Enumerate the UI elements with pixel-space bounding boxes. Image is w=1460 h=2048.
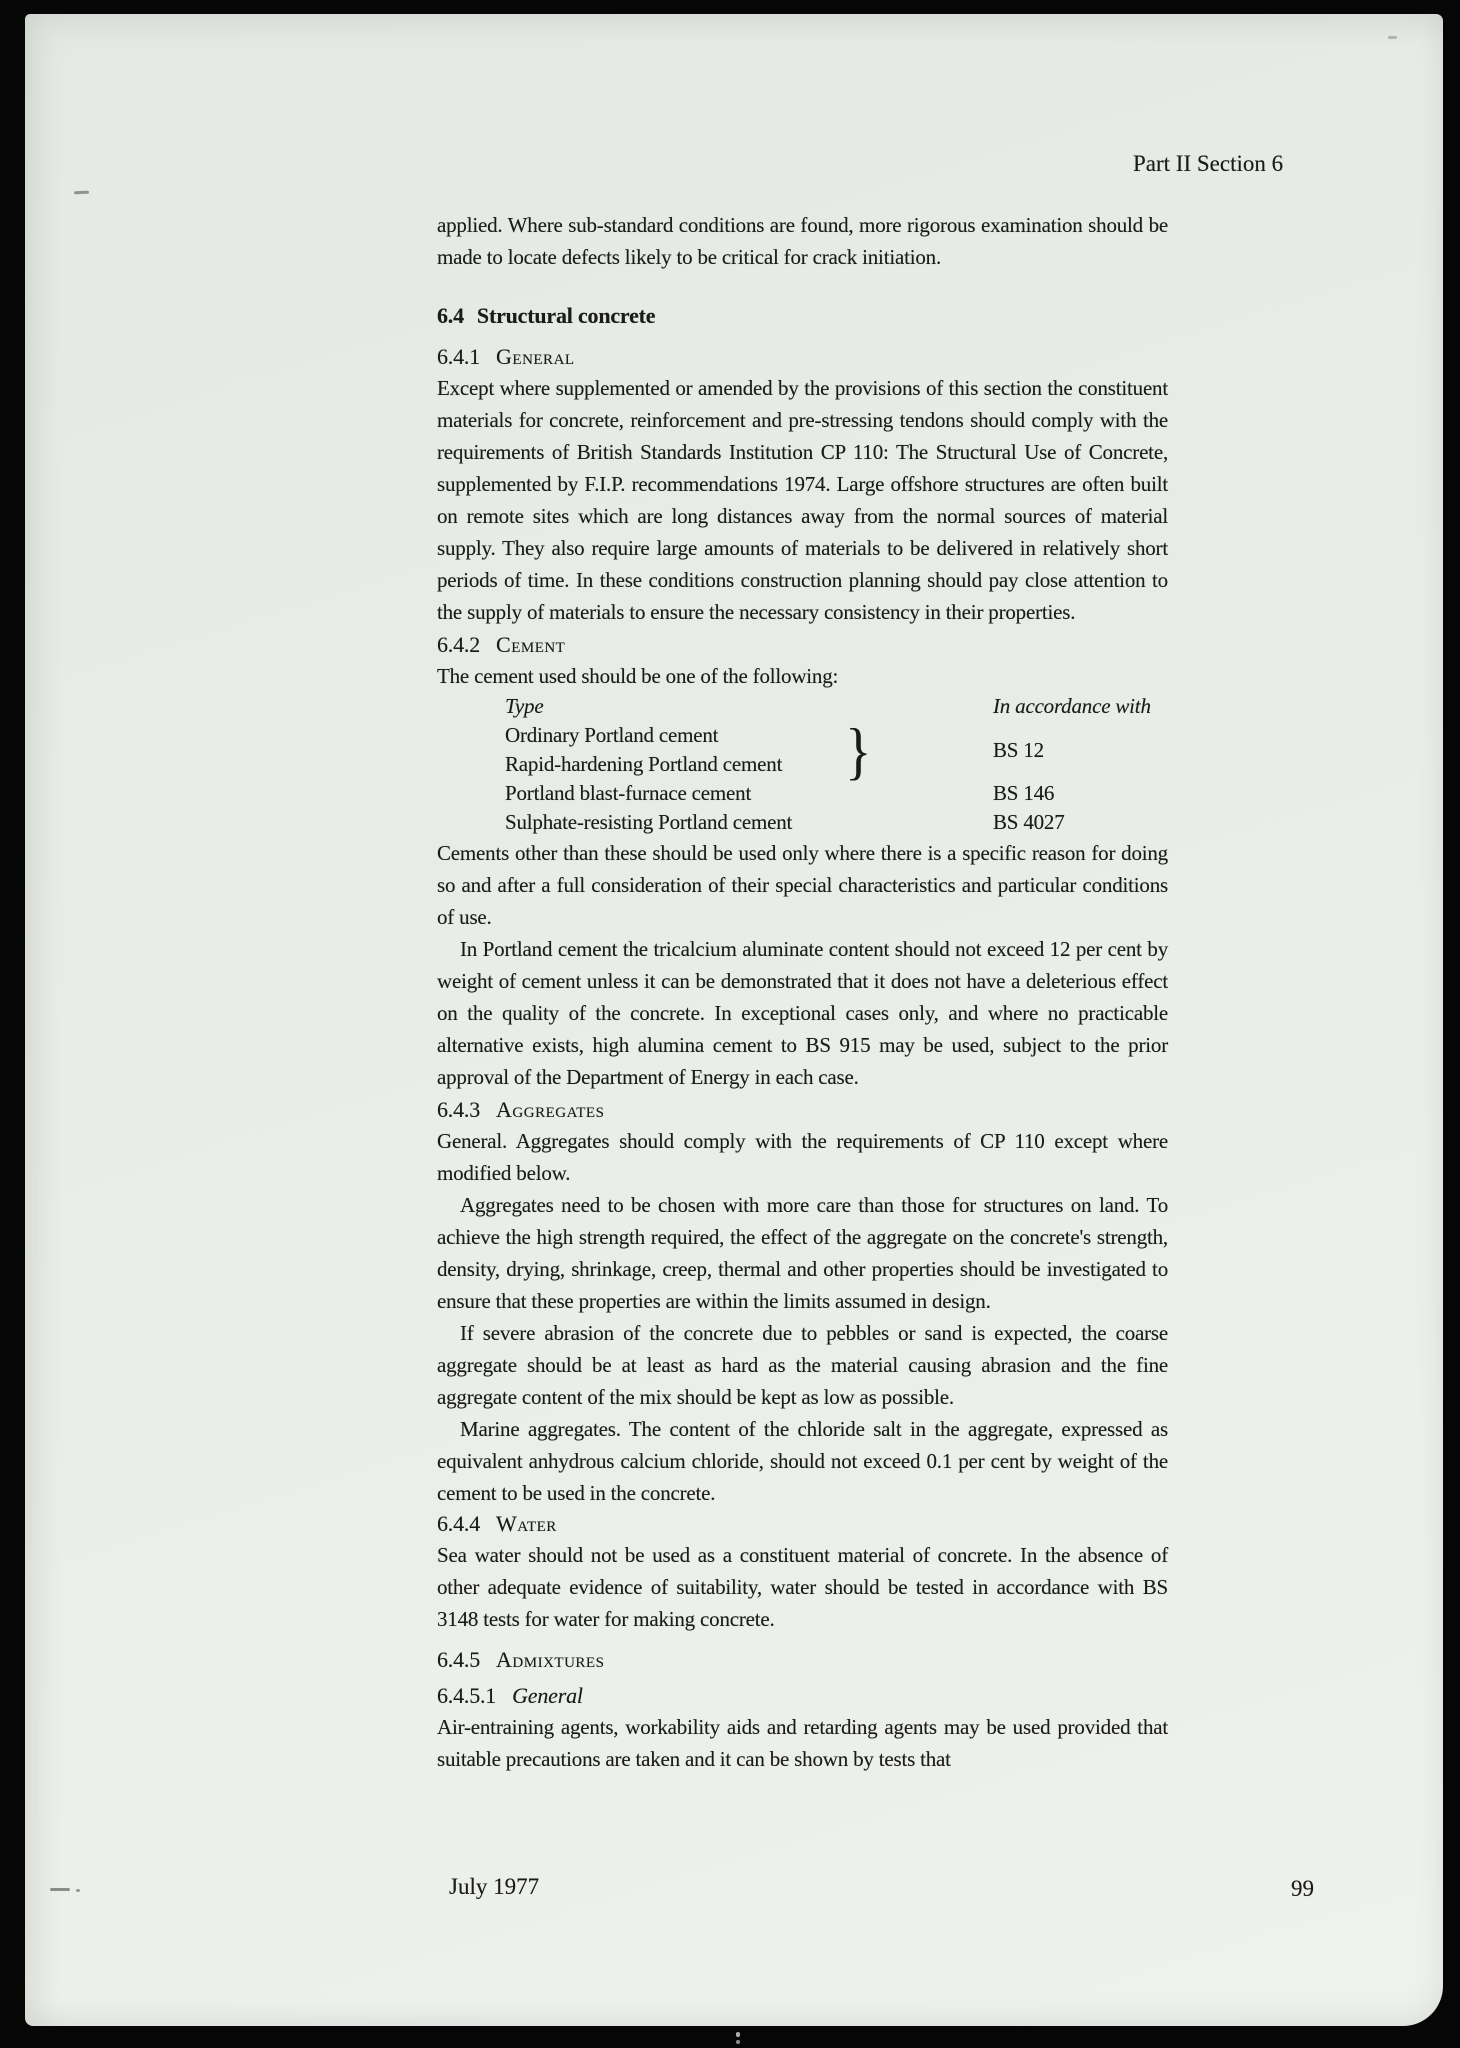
section-title: Structural concrete xyxy=(477,303,655,328)
section-number: 6.4 xyxy=(437,303,464,328)
footer-date: July 1977 xyxy=(449,1874,539,1900)
section-title: Cement xyxy=(496,632,565,657)
column-header-type: Type xyxy=(505,694,543,718)
section-heading-6-4-4: 6.4.4Water xyxy=(437,1509,1168,1539)
section-number: 6.4.5.1 xyxy=(437,1683,496,1708)
table-row: Ordinary Portland cement xyxy=(505,721,1168,750)
cement-type: Portland blast-furnace cement xyxy=(505,781,751,805)
section-heading-6-4-2: 6.4.2Cement xyxy=(437,630,1168,660)
paragraph-6-4-1: Except where supplemented or amended by … xyxy=(437,372,1168,628)
section-number: 6.4.3 xyxy=(437,1097,480,1122)
standard-reference: BS 4027 xyxy=(993,808,1065,837)
standard-reference: BS 146 xyxy=(993,779,1054,808)
paragraph-6-4-2-intro: The cement used should be one of the fol… xyxy=(437,660,1168,692)
section-heading-6-4-5: 6.4.5Admixtures xyxy=(437,1645,1168,1675)
page-header: Part II Section 6 xyxy=(1133,151,1283,177)
paragraph-6-4-3-3: If severe abrasion of the concrete due t… xyxy=(437,1317,1168,1413)
paragraph-6-4-4: Sea water should not be used as a consti… xyxy=(437,1539,1168,1635)
section-number: 6.4.2 xyxy=(437,632,480,657)
scan-artifact-dash xyxy=(50,1888,70,1891)
scan-artifact-speck xyxy=(736,2040,740,2044)
paragraph-6-4-3-2: Aggregates need to be chosen with more c… xyxy=(437,1189,1168,1317)
scan-artifact-dash xyxy=(74,191,89,195)
paragraph-6-4-3-1: General. Aggregates should comply with t… xyxy=(437,1125,1168,1189)
section-title: Admixtures xyxy=(496,1647,604,1672)
table-row: Portland blast-furnace cement BS 146 xyxy=(505,779,1168,808)
table-row: Sulphate-resisting Portland cement BS 40… xyxy=(505,808,1168,837)
section-heading-6-4-1: 6.4.1General xyxy=(437,342,1168,372)
document-body: applied. Where sub-standard conditions a… xyxy=(437,209,1168,1775)
cement-type: Ordinary Portland cement xyxy=(505,723,718,747)
section-number: 6.4.4 xyxy=(437,1511,480,1536)
table-header-row: Type In accordance with xyxy=(505,692,1168,721)
cement-types-table: Type In accordance with Ordinary Portlan… xyxy=(437,692,1168,837)
paragraph-6-4-2-2: In Portland cement the tricalcium alumin… xyxy=(437,933,1168,1093)
section-title: Aggregates xyxy=(496,1097,604,1122)
continuation-paragraph: applied. Where sub-standard conditions a… xyxy=(437,209,1168,273)
table-row: Rapid-hardening Portland cement xyxy=(505,750,1168,779)
section-title: General xyxy=(496,344,575,369)
paragraph-6-4-5-1: Air-entraining agents, workability aids … xyxy=(437,1711,1168,1775)
section-title: Water xyxy=(496,1511,557,1536)
paragraph-6-4-2-1: Cements other than these should be used … xyxy=(437,837,1168,933)
section-heading-6-4: 6.4Structural concrete xyxy=(437,301,1168,331)
scan-artifact-dot xyxy=(76,1889,80,1892)
paragraph-6-4-3-4: Marine aggregates. The content of the ch… xyxy=(437,1413,1168,1509)
section-heading-6-4-5-1: 6.4.5.1General xyxy=(437,1681,1168,1711)
curly-brace-glyph: } xyxy=(845,722,871,780)
section-number: 6.4.1 xyxy=(437,344,480,369)
section-title: General xyxy=(512,1683,583,1708)
scanned-document-page: { "colors": { "paper": "#e9ede7", "ink":… xyxy=(0,0,1460,2048)
scan-artifact-dash xyxy=(1388,36,1397,39)
standard-reference: BS 12 xyxy=(993,736,1044,765)
column-header-standard: In accordance with xyxy=(993,692,1151,721)
cement-type: Sulphate-resisting Portland cement xyxy=(505,810,792,834)
cement-type: Rapid-hardening Portland cement xyxy=(505,752,782,776)
section-number: 6.4.5 xyxy=(437,1647,480,1672)
section-heading-6-4-3: 6.4.3Aggregates xyxy=(437,1095,1168,1125)
table-grouped-rows: Ordinary Portland cement Rapid-hardening… xyxy=(505,721,1168,779)
footer-page-number: 99 xyxy=(1291,1876,1314,1902)
scan-artifact-speck xyxy=(736,2032,740,2037)
